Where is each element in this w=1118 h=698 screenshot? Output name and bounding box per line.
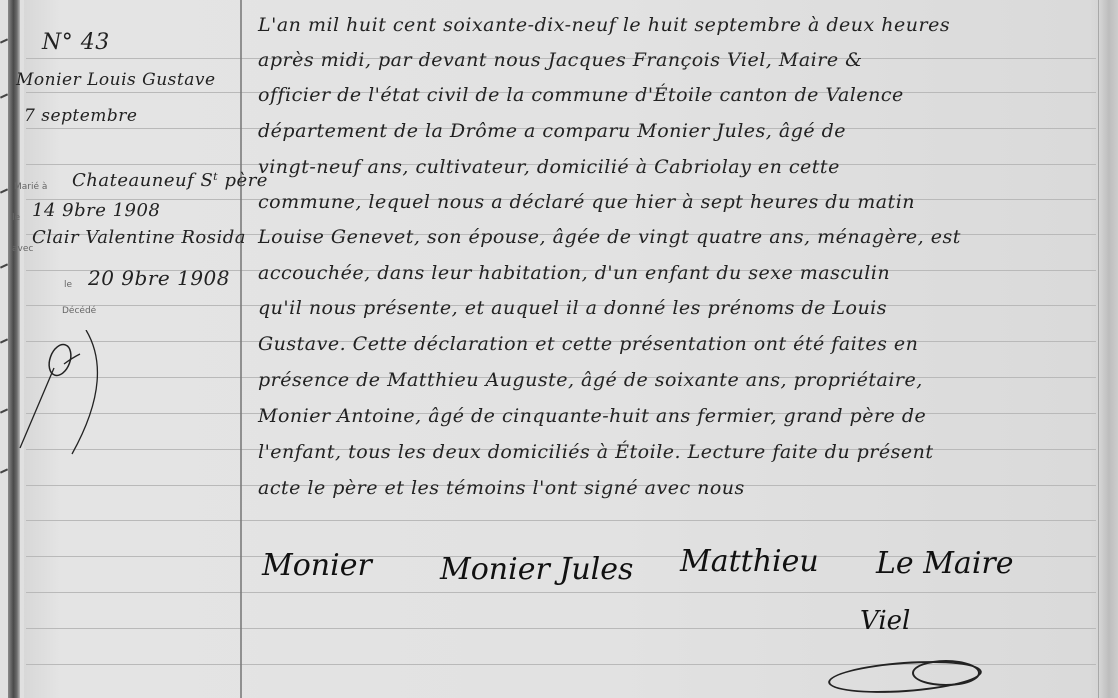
signature-flourish-loop-icon xyxy=(912,660,980,686)
marriage-place: Chateauneuf Sᵗ père xyxy=(72,170,268,191)
printed-label-on: le xyxy=(12,213,20,223)
facing-ink-mark xyxy=(0,188,8,193)
printed-label-on-2: le xyxy=(64,280,72,290)
body-line-5: vingt-neuf ans, cultivateur, domicilié à… xyxy=(258,156,840,178)
body-line-10: Gustave. Cette déclaration et cette prés… xyxy=(258,333,918,355)
signature-witness-monier: Monier xyxy=(262,548,372,583)
facing-ink-mark xyxy=(0,38,8,43)
margin-child-name: Monier Louis Gustave xyxy=(16,70,216,90)
spouse-name: Clair Valentine Rosida xyxy=(32,227,246,248)
body-line-8: accouchée, dans leur habitation, d'un en… xyxy=(258,262,890,284)
facing-ink-mark xyxy=(0,263,8,268)
paraphe-initials-icon xyxy=(14,330,104,460)
printed-label-deceased: Décédé xyxy=(62,306,96,316)
printed-label-married: Marié à xyxy=(14,182,47,192)
margin-birth-date: 7 septembre xyxy=(24,106,137,126)
signature-mayor-title: Le Maire xyxy=(876,546,1014,581)
record-number: N° 43 xyxy=(42,30,110,55)
page-right-edge xyxy=(1098,0,1118,698)
printed-label-with: avec xyxy=(12,244,33,254)
body-line-7: Louise Genevet, son épouse, âgée de ving… xyxy=(258,226,961,248)
ruled-line xyxy=(26,628,1096,629)
marriage-date: 14 9bre 1908 xyxy=(32,200,160,221)
ruled-line xyxy=(26,520,1096,521)
body-line-12: Monier Antoine, âgé de cinquante-huit an… xyxy=(258,405,926,427)
body-line-11: présence de Matthieu Auguste, âgé de soi… xyxy=(258,369,923,391)
facing-ink-mark xyxy=(0,408,8,413)
ruled-line xyxy=(26,592,1096,593)
body-line-1: L'an mil huit cent soixante-dix-neuf le … xyxy=(258,14,950,36)
facing-ink-mark xyxy=(0,338,8,343)
body-line-3: officier de l'état civil de la commune d… xyxy=(258,84,904,106)
body-line-6: commune, lequel nous a déclaré que hier … xyxy=(258,191,915,213)
body-line-14: acte le père et les témoins l'ont signé … xyxy=(258,477,745,499)
register-page: N° 43 Monier Louis Gustave 7 septembre M… xyxy=(0,0,1118,698)
signature-father: Monier Jules xyxy=(440,552,633,587)
margin-column-divider xyxy=(240,0,242,698)
body-line-2: après midi, par devant nous Jacques Fran… xyxy=(258,49,863,71)
facing-ink-mark xyxy=(0,468,8,473)
signature-witness-matthieu: Matthieu xyxy=(680,544,819,579)
facing-ink-mark xyxy=(0,93,8,98)
annotation-date: 20 9bre 1908 xyxy=(88,266,230,290)
body-line-13: l'enfant, tous les deux domiciliés à Éto… xyxy=(258,441,933,463)
body-line-9: qu'il nous présente, et auquel il a donn… xyxy=(258,297,887,319)
signature-mayor: Viel xyxy=(860,606,910,636)
body-line-4: département de la Drôme a comparu Monier… xyxy=(258,120,846,142)
